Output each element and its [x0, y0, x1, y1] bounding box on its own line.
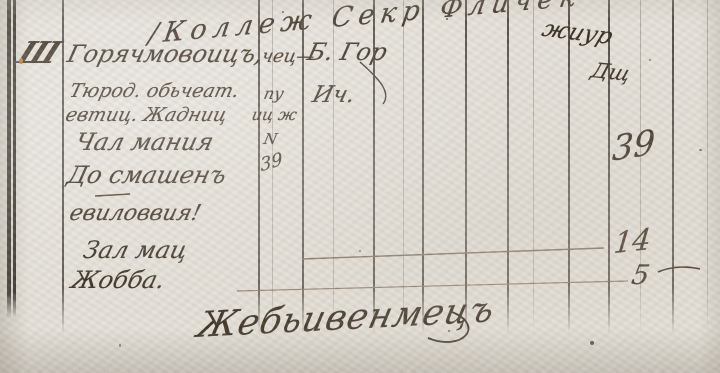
entry-note: пу	[262, 84, 286, 103]
column-rule	[707, 0, 708, 334]
amount-value: 5	[629, 260, 652, 291]
paper-speck	[119, 344, 121, 347]
paper-speck	[590, 341, 594, 345]
entry-name: Тюрод. обьчеат.	[67, 80, 241, 102]
column-rule	[422, 0, 424, 334]
column-rule	[672, 0, 674, 334]
entry-note: 39	[259, 149, 283, 177]
entry-name: Зал мац	[81, 236, 191, 264]
ledger-page: /Коллеж Секр Фличек жиур Дщ Ш Горячмовои…	[0, 0, 720, 373]
paper-speck	[282, 11, 284, 13]
entry-note: иц ж	[250, 105, 299, 124]
entry-name: Чал мания	[73, 128, 217, 156]
column-rule	[507, 0, 509, 334]
margin-rule	[13, 0, 16, 318]
total-line	[302, 248, 604, 259]
amount-value: 14	[612, 222, 652, 260]
entry-name: До смашенъ	[65, 161, 230, 189]
entry-name: евтиц. Жадниц	[63, 104, 229, 126]
ink-stain	[19, 58, 23, 64]
column-rule	[533, 0, 534, 334]
corner-note-1: жиур	[538, 16, 616, 49]
column-rule	[465, 0, 467, 334]
paper-speck	[448, 330, 450, 332]
paper-speck	[699, 149, 702, 151]
corner-note-2: Дщ	[588, 58, 633, 85]
entry-note: N	[262, 130, 279, 148]
amount-value: 39	[611, 122, 656, 170]
paper-speck	[446, 18, 448, 20]
signature: Жебьивенмецъ	[194, 290, 500, 346]
margin-rule	[7, 0, 11, 318]
entry-value: Б. Гор	[305, 38, 391, 66]
column-rule	[608, 0, 610, 334]
underline-stroke	[95, 194, 130, 196]
column-rule	[568, 0, 570, 334]
entry-value: Ич.	[310, 82, 358, 108]
margin-mark: Ш	[12, 36, 66, 71]
flourish-stroke	[658, 267, 700, 272]
entry-name: Жобба.	[69, 266, 169, 294]
paper-speck	[359, 250, 361, 252]
column-rule	[403, 0, 404, 334]
paper-speck	[649, 59, 651, 61]
column-rule	[62, 0, 64, 334]
entry-name: Горячмовоицъ,	[65, 40, 267, 68]
entry-name: евиловвия!	[67, 201, 204, 226]
